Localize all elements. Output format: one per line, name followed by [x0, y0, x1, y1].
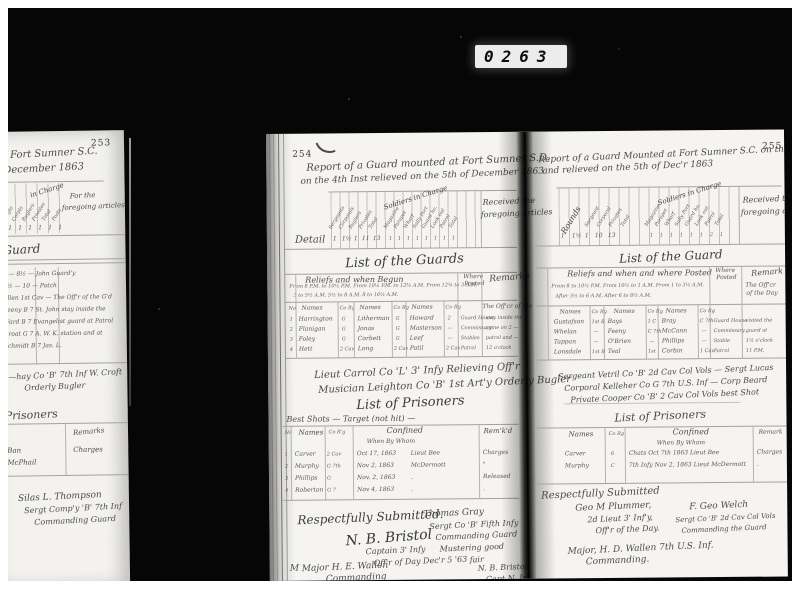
- prisoner-when: Oct 17, 1863: [357, 451, 396, 457]
- guard-row-name: Hett: [299, 347, 313, 353]
- remark-note: of the Day: [746, 291, 777, 297]
- column-line: [738, 186, 740, 244]
- guard-row: 8½ — 10 — Patch: [8, 283, 57, 290]
- prisoner-no: 2: [285, 465, 288, 470]
- column-line: [625, 427, 626, 483]
- guard-row-name: Flanigan: [299, 326, 326, 332]
- signature-line: Commanding the Guard: [681, 524, 766, 535]
- column-line: [65, 423, 67, 475]
- detail-count: 1: [700, 233, 703, 238]
- guard-row-co: —: [448, 326, 453, 331]
- guard-list-title: List of the Guards: [345, 252, 464, 270]
- prisoner-co: G 7th: [327, 464, 341, 469]
- detail-count: 1: [585, 233, 589, 239]
- relief-times-line: 3 to 5½ A.M. 5½ to 8 A.M. 8 to 10½ A.M.: [293, 293, 398, 299]
- prisoner-name: Carver: [295, 452, 316, 458]
- guard-row-remark: guard at: [746, 329, 768, 334]
- relief-times-line: From 8 to 10½ P.M. From 10½ to 1 A.M. Fr…: [551, 283, 704, 289]
- page-edge-line: [129, 138, 131, 406]
- guard-row-co: 2 Cav: [446, 346, 460, 351]
- guard-row-co: —: [594, 330, 599, 335]
- guard-row-co: C 7th: [700, 319, 714, 324]
- reliefs-header: Reliefs and when and where Posted: [567, 269, 712, 278]
- where-posted-header: Posted: [716, 275, 736, 281]
- signature-line: Commanding Guard: [34, 515, 116, 527]
- relief-times-line: From 8 P.M. to 10½ P.M. From 10½ P.M. to…: [289, 283, 477, 290]
- guard-row-name: Bays: [608, 319, 623, 325]
- guard-row-post: Stable: [714, 339, 730, 344]
- detail-count: 1: [8, 226, 12, 232]
- left-page-253: 253 of Fort Sumner S.C. December 1863 in…: [8, 130, 130, 581]
- guard-row-co: —: [702, 329, 707, 334]
- detail-count: 13: [608, 233, 616, 239]
- confined-header: Confined: [673, 428, 710, 436]
- prisoner-detail: Chats Oct 7th 1863 Lieut Bee: [629, 450, 719, 457]
- guard-row-co: 1st B: [592, 320, 605, 325]
- guard-row: Allen 1st Cav — The Off'r of the G'd: [8, 294, 112, 302]
- prisoners-list-title: List of Prisoners: [356, 394, 465, 412]
- guard-row-no: 1: [290, 318, 293, 323]
- guard-row-co: 1 C: [648, 320, 657, 325]
- guard-row-name: Long: [358, 346, 373, 352]
- column-line: [753, 426, 754, 482]
- signature-line: Captain 3' Infy: [365, 546, 425, 557]
- guard-row-name: Feeny: [608, 329, 626, 335]
- guard-row-name: Masterson: [410, 325, 442, 331]
- column-header: Co Rg: [648, 310, 663, 315]
- column-line: [353, 425, 355, 499]
- prisoner-remark: .: [483, 486, 485, 492]
- detail-count: 1: [434, 237, 437, 242]
- table-rule: [8, 474, 129, 477]
- guard-row-post: Guard House: [714, 319, 748, 324]
- detail-count: 1: [670, 233, 673, 238]
- detail-count: 2: [710, 233, 713, 238]
- page-number: 254: [292, 150, 312, 160]
- column-header: Co Rg: [700, 309, 715, 314]
- guard-row-name: Phillips: [662, 338, 685, 344]
- detail-count: 1: [18, 226, 22, 232]
- submitted-line: Respectfully Submitted.: [297, 508, 444, 526]
- prisoner-when: Nov. 2, 1863: [357, 475, 395, 481]
- report-header-line: December 1863: [8, 162, 84, 176]
- column-header: Co Rg: [609, 432, 624, 437]
- guard-list-title: List of the Guard: [619, 248, 723, 265]
- signature-line: Mustering good: [439, 543, 504, 554]
- frame-counter: 0263: [475, 45, 567, 68]
- received-note-line: foregoing articles: [62, 202, 125, 212]
- detail-count: 1: [333, 236, 337, 242]
- detail-count: 1: [425, 237, 428, 242]
- remarks-header: Remark: [759, 430, 783, 436]
- guard-row-name: Bray: [662, 318, 676, 324]
- confined-subheader: When By Whom: [657, 440, 705, 446]
- guard-row-co: —: [594, 340, 599, 345]
- report-header-line: of Fort Sumner S.C.: [8, 147, 98, 162]
- guard-row-post: Stables: [461, 336, 480, 341]
- guard-row-co: G: [342, 317, 346, 322]
- guard-row-name: Harrington: [299, 316, 333, 322]
- detail-count: 1½: [572, 233, 582, 239]
- guard-row: Ward B 7 Evangelist guard at Patrol: [8, 318, 113, 326]
- guard-row-co: G: [396, 337, 400, 342]
- prisoner-when: Nov 2, 1863: [357, 463, 394, 469]
- guard-row-co: C 7th: [648, 330, 662, 335]
- prisoner-no: 1: [285, 453, 288, 458]
- guard-section-title: Guard: [8, 243, 41, 257]
- detail-label: Detail: [295, 235, 325, 245]
- signature-line: Thomas Gray: [423, 508, 484, 520]
- margin-mark: M: [290, 565, 299, 574]
- guard-row: Groat G 7 A. W. K. station and at: [8, 330, 103, 337]
- guard-row-name: Whelan: [554, 329, 577, 335]
- table-rule: [537, 425, 787, 428]
- guard-row: 5 — 8½ — John Guard'y: [8, 271, 76, 278]
- guard-row-co: —: [650, 340, 655, 345]
- guard-row-remark: visited the: [746, 319, 773, 324]
- prisoner-co: G 7: [327, 488, 336, 493]
- officer-line: —hay Co 'B' 7th Inf W. Croft: [8, 368, 122, 382]
- guard-row-co: 2 Cav: [340, 347, 354, 352]
- column-header: Co Rg: [446, 305, 461, 310]
- relief-times-line: After 3½ to 6 A.M. After 6 to 8½ A.M.: [555, 294, 651, 300]
- prisoner-detail: 7th Infy Nov 2, 1863 Lieut McDermott: [629, 462, 746, 469]
- prisoner-name: Carver: [565, 451, 586, 457]
- detail-count: 1: [416, 237, 419, 242]
- prisoners-section-title: Prisoners: [8, 408, 58, 422]
- guard-row-name: Teal: [608, 349, 621, 355]
- table-rule: [8, 258, 126, 261]
- signature-line: Off'r of the Day.: [595, 524, 659, 535]
- guard-row-post: Commissary: [714, 329, 745, 334]
- signature-line: Commanding.: [586, 556, 650, 568]
- frame-counter-digits: 0263: [484, 47, 555, 66]
- detail-count: 1: [407, 237, 410, 242]
- guard-row-name: Patil: [410, 346, 424, 352]
- detail-count: 1: [38, 225, 42, 231]
- detail-count: 1: [354, 236, 358, 242]
- guard-row-co: G: [396, 317, 400, 322]
- guard-row-name: Howard: [410, 316, 434, 322]
- guard-row-co: —: [702, 339, 707, 344]
- column-header: Names: [299, 430, 324, 437]
- dust-speck: [618, 48, 620, 50]
- detail-count: 1: [680, 233, 683, 238]
- prisoner-co: 2 Cav: [327, 452, 341, 457]
- table-rule: [285, 247, 517, 250]
- guard-row-co: 2: [448, 316, 451, 321]
- confined-header: Confined: [387, 427, 424, 435]
- detail-count: 1½: [342, 236, 352, 242]
- guard-row-post: Patrol: [714, 349, 729, 354]
- prisoners-list-title: List of Prisoners: [614, 409, 706, 424]
- prisoner-no: 4: [285, 489, 288, 494]
- detail-count: 1: [389, 237, 392, 242]
- detail-count: 13: [373, 236, 381, 242]
- guard-row-co: 2 Cav: [394, 347, 408, 352]
- prisoner-co: G: [327, 476, 331, 481]
- column-header: Names: [301, 306, 322, 312]
- column-header: Names: [569, 431, 594, 438]
- table-rule: [536, 357, 786, 360]
- prisoner-name: Phillips: [295, 476, 318, 482]
- prisoner-remark: ": [483, 462, 486, 468]
- column-line: [479, 424, 481, 498]
- dust-speck: [348, 98, 350, 100]
- guard-row-post: Patrol: [461, 346, 476, 351]
- prisoner-remark: Charges: [73, 446, 103, 453]
- detail-count: 10: [595, 233, 603, 239]
- guard-row-co: 1st: [648, 350, 656, 355]
- prisoner-co: C: [611, 464, 615, 469]
- detail-count: 1: [660, 234, 663, 239]
- detail-count: 1: [650, 234, 653, 239]
- column-line: [741, 266, 743, 358]
- guard-row-co: 1 Cav: [700, 349, 714, 354]
- table-rule: [286, 356, 518, 359]
- guard-row-name: Corbin: [662, 348, 683, 354]
- prisoner-no: 3: [285, 477, 288, 482]
- prisoner-by: McDermott: [411, 462, 446, 468]
- received-note-line: For the: [70, 192, 96, 200]
- table-rule: [536, 303, 786, 306]
- detail-count: 1: [690, 233, 693, 238]
- guard-row-name: Lonsdale: [554, 349, 581, 355]
- remarks-header: Remark: [751, 267, 783, 277]
- column-line: [605, 427, 606, 483]
- officer-line: Orderly Bugler: [24, 382, 85, 393]
- signature-line: Geo M Plummer,: [575, 501, 651, 513]
- column-header: Co Rg: [394, 306, 409, 311]
- guard-row-co: G: [396, 327, 400, 332]
- guard-row-name: O'Brien: [608, 339, 631, 345]
- detail-count: 11: [362, 236, 370, 242]
- table-rule: [8, 422, 128, 425]
- detail-count: 1: [48, 225, 52, 231]
- detail-count: 1: [561, 233, 565, 239]
- guard-row-co: 1st B: [592, 350, 605, 355]
- submitted-line: Respectfully Submitted: [541, 487, 660, 502]
- detail-count: 1: [398, 237, 401, 242]
- column-header: Co R'g: [329, 430, 346, 435]
- detail-count: 1: [443, 236, 446, 241]
- detail-count: 1: [452, 236, 455, 241]
- table-rule: [8, 262, 126, 265]
- guard-row-name: Gustafson: [554, 319, 585, 325]
- detail-count: 1: [58, 225, 62, 231]
- guard-row-name: Corbett: [358, 336, 381, 342]
- prisoner-name: Murphy: [565, 463, 589, 469]
- guard-row-co: G: [342, 327, 346, 332]
- guard-row-name: McCann: [662, 328, 687, 334]
- book-spread: 254 Report of a Guard mounted at Fort Su…: [266, 129, 788, 581]
- column-header: Names: [614, 309, 635, 315]
- underline-rule: [564, 402, 740, 405]
- detail-count: 1: [28, 225, 32, 231]
- prisoner-co: 6: [611, 452, 614, 457]
- received-note-line: Received the: [742, 194, 787, 204]
- confined-subheader: When By Whom: [367, 439, 415, 445]
- guard-row-no: 3: [290, 338, 293, 343]
- column-header: Names: [666, 308, 687, 314]
- guard-row-name: Litherman: [358, 316, 390, 322]
- guard-row-remark: 1½ o'clock: [746, 339, 773, 344]
- prisoner-name: Ban: [8, 448, 21, 455]
- guard-row-co: G: [342, 337, 346, 342]
- table-rule: [537, 481, 787, 484]
- remarks-header: Remarks: [73, 427, 105, 437]
- table-rule: [8, 234, 125, 237]
- prisoner-name: McPhail: [8, 459, 36, 466]
- header-flourish: [315, 137, 335, 158]
- best-shots-note: Best Shots — Target (not hit) —: [286, 415, 415, 424]
- table-rule: [8, 362, 127, 365]
- signature-line: Commanding: [326, 573, 387, 581]
- detail-count: 1: [720, 233, 723, 238]
- dust-speck: [158, 308, 160, 310]
- table-rule: [283, 498, 519, 501]
- prisoner-by: Lieut Bee: [411, 450, 440, 456]
- received-note-line: foregoing articles: [741, 206, 788, 217]
- prisoner-by: .: [411, 487, 413, 493]
- guard-row-no: 2: [290, 328, 293, 333]
- guard-row: Feeny B 7 St. John stay inside the: [8, 306, 106, 313]
- column-header: Co Rg: [592, 310, 607, 315]
- guard-row-remark: 11 P.M.: [746, 349, 765, 354]
- guard-row-name: Tappan: [554, 339, 576, 345]
- prisoner-remark: .: [757, 462, 759, 468]
- guard-row-no: 4: [290, 348, 293, 353]
- prisoner-when: Nov 4, 1863: [357, 487, 394, 493]
- prisoner-by: .: [411, 475, 413, 481]
- signature-line: F. Geo Welch: [689, 501, 748, 513]
- guard-row-name: Leef: [410, 336, 423, 342]
- prisoner-remark: Charges: [757, 450, 782, 456]
- remark-note: The Off'cr: [745, 283, 775, 289]
- prisoner-name: Roberton: [295, 488, 323, 494]
- dust-speck: [460, 36, 462, 38]
- signature-line: 2d Lieut 3' Inf'y,: [587, 513, 653, 524]
- column-header: Names: [359, 305, 380, 311]
- microfilm-background: 0263 253 of Fort Sumner S.C. December 18…: [8, 8, 792, 581]
- guard-row: Schmidt B 7 Jas. L.: [8, 343, 62, 350]
- guard-row-co: —: [448, 336, 453, 341]
- prisoner-name: Murphy: [295, 464, 319, 470]
- guard-row-name: Foley: [299, 337, 315, 343]
- column-header: Names: [411, 305, 432, 311]
- guard-row-name: Jonas: [358, 326, 375, 332]
- column-header: Names: [560, 309, 581, 315]
